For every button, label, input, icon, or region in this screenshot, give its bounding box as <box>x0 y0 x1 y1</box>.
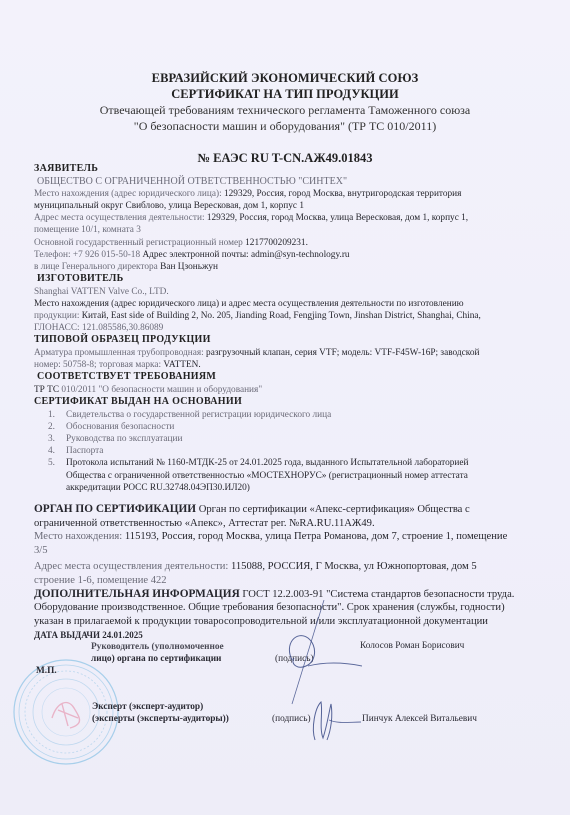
certificate-page: ЕВРАЗИЙСКИЙ ЭКОНОМИЧЕСКИЙ СОЮЗ СЕРТИФИКА… <box>0 0 570 815</box>
expert-role-2: (эксперты (эксперты-аудиторы)) <box>92 714 229 724</box>
head-role-1: Руководитель (уполномоченное <box>91 642 224 652</box>
issue-date: 24.01.2025 <box>102 630 143 640</box>
issue-date-label: ДАТА ВЫДАЧИ <box>34 630 100 640</box>
expert-signature-icon <box>305 698 365 744</box>
expert-name: Пинчук Алексей Витальевич <box>362 714 477 724</box>
seal-label: М.П. <box>36 666 57 676</box>
expert-role-1: Эксперт (эксперт-аудитор) <box>92 702 203 712</box>
signatures-section: ДАТА ВЫДАЧИ 24.01.2025 Руководитель (упо… <box>0 0 570 815</box>
head-signature-icon <box>262 600 362 710</box>
head-name: Колосов Роман Борисович <box>360 641 464 651</box>
head-role-2: лицо) органа по сертификации <box>91 654 221 664</box>
